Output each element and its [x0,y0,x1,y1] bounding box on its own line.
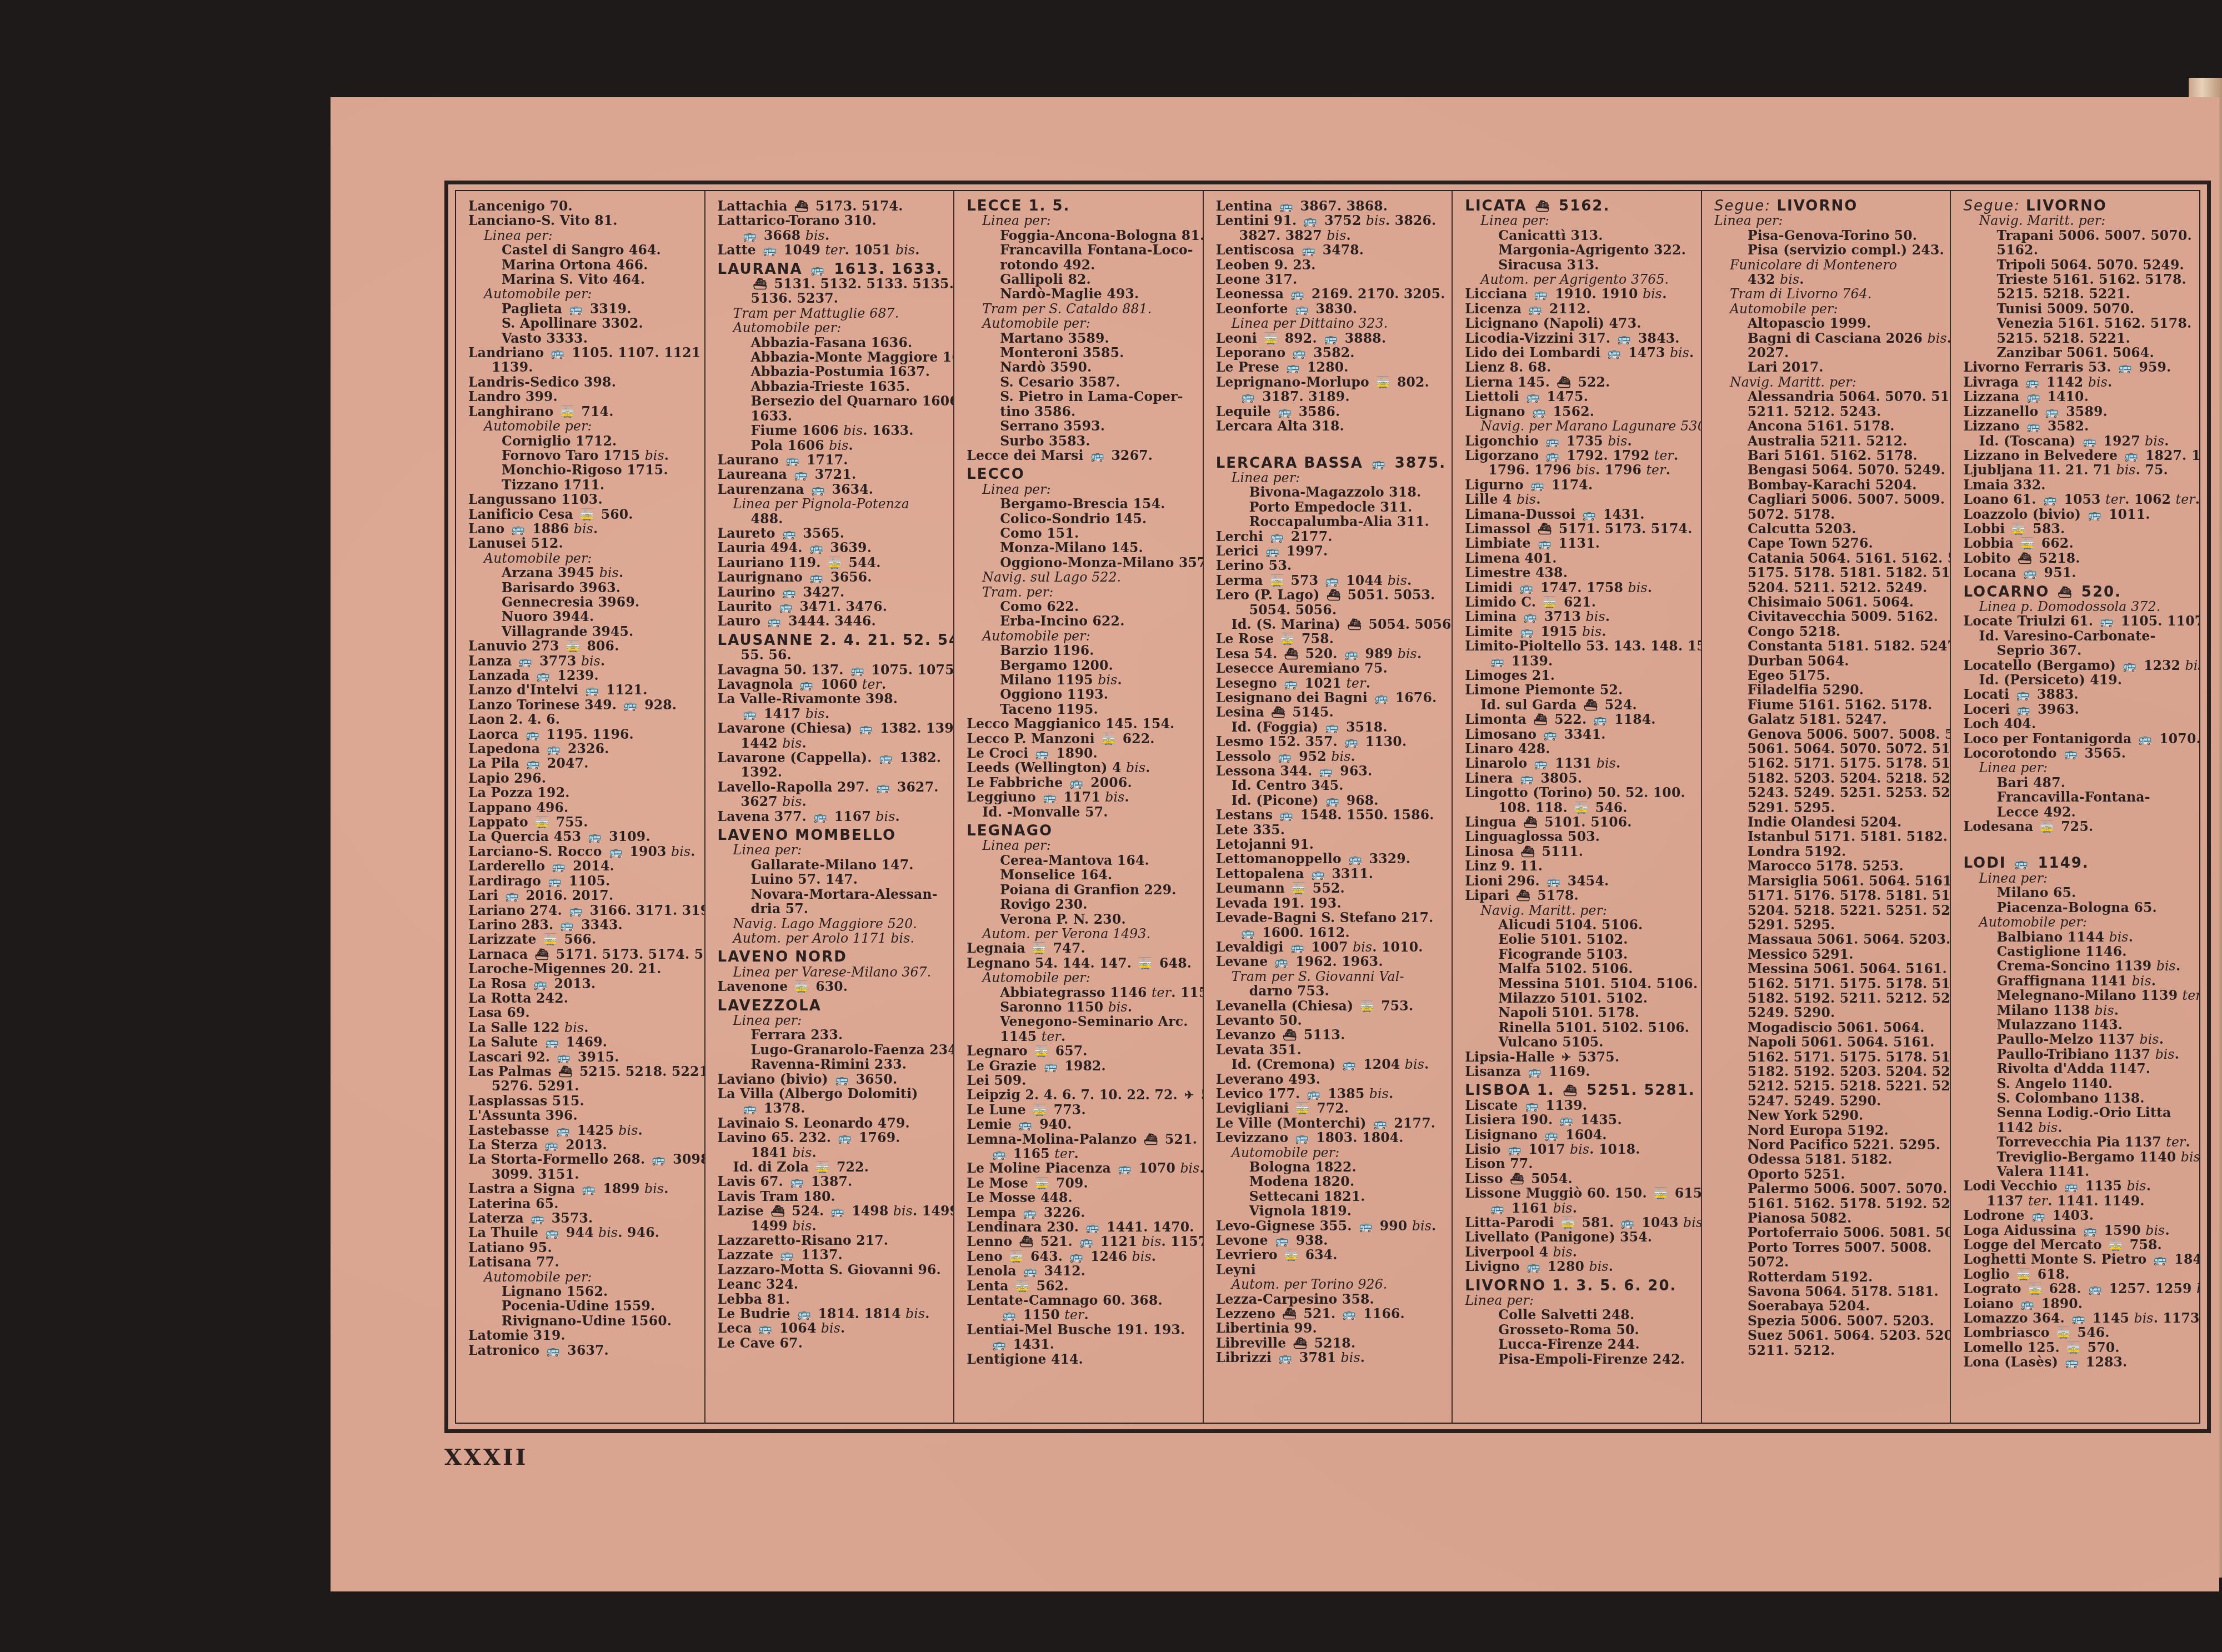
index-entry: Ficogrande 5103. [1465,947,1696,962]
boat-icon: ⛴ [1282,1306,1297,1321]
bus-icon: 🚌 [1291,287,1305,301]
bus-icon: 🚌 [1304,213,1318,228]
index-entry: Lercara Alta 318. [1216,419,1448,433]
index-entry: Leno 🚋 643. 🚌 1246 bis. [967,1249,1198,1264]
index-entry: Lazise ⛴ 524. 🚌 1498 bis. 1499. [718,1204,949,1218]
bus-icon: 🚌 [1538,536,1552,550]
index-entry: Lizzano in Belvedere 🚌 1827. 1839 [1963,448,2195,463]
index-entry: Lazzaretto-Risano 217. [718,1233,949,1248]
index-entry: Lempa 🚌 3226. [967,1205,1198,1220]
tram-icon: 🚋 [1032,941,1046,955]
tram-icon: 🚋 [543,932,557,947]
index-entry: Leone 317. [1216,272,1448,287]
index-entry: Piacenza-Bologna 65. [1963,900,2195,915]
index-entry: Treviglio-Bergamo 1140 bis [1963,1150,2195,1164]
index-entry: Balbiano 1144 bis. [1963,930,2195,944]
index-entry: Lobbi 🚋 583. [1963,522,2195,536]
tram-icon: 🚋 [1296,1101,1310,1115]
bus-icon: 🚌 [782,526,796,540]
bus-icon: 🚌 [537,668,551,683]
index-entry: Las Palmas ⛴ 5215. 5218. 5221. [468,1064,700,1079]
bus-icon: 🚌 [1544,727,1558,742]
index-entry: Milano 1195 bis. [967,673,1198,687]
index-entry: Linea per: [1963,871,2195,885]
index-entry: Locati 🚌 3883. [1963,687,2195,702]
bus-icon: 🚌 [545,1138,559,1152]
index-entry: Durban 5064. [1714,654,1946,668]
index-entry: Lauro 🚌 3444. 3446. [718,614,949,628]
index-entry: Abbazia-Postumia 1637. [718,364,949,379]
index-entry: Laurino 🚌 3427. [718,585,949,599]
index-entry: Laurignano 🚌 3656. [718,570,949,584]
index-entry: 5276. 5291. [468,1079,700,1093]
bus-icon: 🚌 [763,243,777,257]
index-entry: Pocenia-Udine 1559. [468,1299,700,1313]
bus-icon: 🚌 [1325,793,1339,808]
index-entry: Licodia-Vizzini 317. 🚌 3843. [1465,331,1696,346]
index-entry: Limena 401. [1465,551,1696,565]
bus-icon: 🚌 [1278,749,1292,764]
bus-icon: 🚌 [548,874,562,888]
index-entry: La Salle 122 bis. [468,1020,700,1035]
index-entry: Lecce 492. [1963,805,2195,819]
index-entry: Cape Town 5276. [1714,536,1946,550]
index-entry: Lipsia-Halle ✈ 5375. [1465,1050,1696,1064]
index-entry: Le Croci 🚌 1890. [967,746,1198,760]
boat-icon: ⛴ [753,277,768,291]
index-entry: Eolie 5101. 5102. [1465,932,1696,947]
index-entry: Saronno 1150 bis. [967,1000,1198,1014]
bus-icon: 🚌 [546,1225,559,1240]
index-entry: Nuoro 3944. [468,609,700,624]
bus-icon: 🚌 [1325,573,1339,588]
tram-icon: 🚋 [2056,1325,2070,1340]
index-entry: S. Apollinare 3302. [468,316,700,331]
index-entry: 5171. 5176. 5178. 5181. 5182. [1714,888,1946,903]
bus-icon: 🚌 [531,1211,544,1225]
bus-icon: 🚌 [779,599,793,614]
index-entry: Australia 5211. 5212. [1714,434,1946,448]
tram-icon: 🚋 [1281,632,1295,646]
index-entry: Tram per Mattuglie 687. [718,306,949,321]
index-entry: Larderello 🚌 2014. [468,859,700,873]
index-entry: Lograto 🚋 628. 🚌 1257. 1259 bis. [1963,1281,2195,1296]
index-entry: Alicudi 5104. 5106. [1465,918,1696,932]
bus-icon: 🚌 [1265,544,1279,558]
index-entry: 5182. 5203. 5204. 5218. 5221. [1714,771,1946,785]
index-entry: Loghetti Monte S. Pietro 🚌 1843. [1963,1252,2195,1266]
index-entry: Locate Triulzi 61. 🚌 1105. 1107. [1963,614,2195,628]
tram-icon: 🚋 [2012,522,2026,536]
index-entry: Paullo-Melzo 1137 bis. [1963,1032,2195,1047]
index-entry: Levo-Gignese 355. 🚌 990 bis. [1216,1219,1448,1233]
index-entry: Lomazzo 364. 🚌 1145 bis. 1173 ter. [1963,1311,2195,1325]
index-entry: 🚌 1161 bis. [1465,1201,1696,1215]
index-entry: Venezia 5161. 5162. 5178. [1963,316,2195,331]
index-entry: Como 151. [967,526,1198,540]
bus-icon: 🚌 [759,1321,773,1335]
index-entry: Lignano 1562. [468,1284,700,1299]
index-entry: Linz 9. 11. [1465,859,1696,873]
index-entry: Ligurno 🚌 1174. [1465,478,1696,492]
bus-icon: 🚌 [2026,389,2040,404]
index-entry: Indie Olandesi 5204. [1714,815,1946,829]
index-entry: Automobile per: [468,287,700,301]
bus-icon: 🚌 [1086,1220,1100,1234]
index-entry: Savona 5064. 5178. 5181. [1714,1284,1946,1299]
index-entry: Lodrone 🚌 1403. [1963,1208,2195,1223]
index-entry: Le Rose 🚋 758. [1216,632,1448,646]
bus-icon: 🚌 [2064,746,2078,760]
index-entry: Palermo 5006. 5007. 5070. [1714,1182,1946,1196]
index-entry: Senna Lodig.-Orio Litta [1963,1105,2195,1120]
bus-icon: 🚌 [838,1130,852,1145]
bus-icon: 🚌 [1275,954,1289,969]
bus-icon: 🚌 [831,1204,845,1218]
tram-icon: 🚋 [535,815,549,829]
index-column-7: Segue: LIVORNONavig. Maritt. per:Trapani… [1950,191,2199,1423]
tram-icon: 🚋 [1284,1248,1298,1262]
index-entry: Laterza 🚌 3573. [468,1211,700,1225]
bus-icon: 🚌 [859,721,873,735]
index-entry: Linea per: [1963,760,2195,775]
index-entry: Marocco 5178. 5253. [1714,859,1946,873]
index-entry: Le Prese 🚌 1280. [1216,360,1448,374]
index-entry: Cerea-Mantova 164. [967,853,1198,868]
bus-icon: 🚌 [1002,1308,1016,1322]
index-entry: Lenola 🚌 3412. [967,1264,1198,1278]
index-entry: Crema-Soncino 1139 bis. [1963,959,2195,973]
index-entry: Limassol ⛴ 5171. 5173. 5174. [1465,522,1696,536]
index-entry: Soerabaya 5204. [1714,1299,1946,1313]
index-entry: Le Budrie 🚌 1814. 1814 bis. [718,1306,949,1321]
bus-icon: 🚌 [2154,1252,2168,1266]
index-entry: Id. (S. Marina) ⛴ 5054. 5056. [1216,617,1448,632]
bus-icon: 🚌 [1490,654,1504,668]
index-entry: Linea per: [1216,470,1448,485]
index-entry: Bergamo-Brescia 154. [967,497,1198,511]
bus-icon: 🚌 [1582,507,1596,522]
index-entry: Vulcano 5105. [1465,1035,1696,1049]
index-entry: Id. (Picone) 🚌 968. [1216,793,1448,808]
boat-icon: ⛴ [1523,815,1538,829]
bus-icon: 🚌 [811,262,826,277]
index-entry: Lienz 8. 68. [1465,360,1696,374]
index-entry: Le Mosse 448. [967,1190,1198,1205]
index-entry: Letojanni 91. [1216,837,1448,852]
index-entry: Automobile per: [468,419,700,433]
index-entry: Autom. per Torino 926. [1216,1277,1448,1291]
index-entry: Laureto 🚌 3565. [718,526,949,540]
index-entry: Bivona-Magazzolo 318. [1216,485,1448,499]
bus-icon: 🚌 [1527,1259,1540,1274]
index-entry: Linea per: [967,838,1198,853]
index-entry: Oggiono 1193. [967,687,1198,702]
index-entry: Villagrande 3945. [468,624,700,639]
index-entry: Levada 191. 193. [1216,896,1448,910]
index-entry: Lecco P. Manzoni 🚋 622. [967,732,1198,746]
index-entry: Lavis 67. 🚌 1387. [718,1174,949,1189]
index-entry: Landris-Sedico 398. [468,375,700,389]
index-entry: Lierna 145. ⛴ 522. [1465,375,1696,389]
index-entry: Librizzi 🚌 3781 bis. [1216,1350,1448,1365]
index-entry: Le Moline Piacenza 🚌 1070 bis. [967,1161,1198,1175]
segue-title: LIVORNO [2026,198,2107,214]
index-entry: La Salute 🚌 1469. [468,1035,700,1049]
index-entry: 🚌 1150 ter. [967,1308,1198,1322]
bus-icon: 🚌 [1618,331,1632,346]
station-heading: LIVORNO 1. 3. 5. 6. 20. [1465,1279,1696,1293]
index-entry: 5162. 5171. 5175. 5178. 5181. [1714,1050,1946,1064]
index-entry: Lanificio Cesa 🚋 560. [468,507,700,522]
bus-icon: 🚌 [1079,1234,1093,1249]
bus-icon: 🚌 [1279,1350,1293,1365]
index-entry: Tripoli 5064. 5070. 5249. [1963,258,2195,272]
index-entry: Lasplassas 515. [468,1094,700,1108]
index-entry: Lavena 377. 🚌 1167 bis. [718,809,949,824]
index-entry: Odessa 5181. 5182. [1714,1152,1946,1167]
index-entry: Loazzolo (bivio) 🚌 1011. [1963,507,2195,522]
index-entry: Marina Ortona 466. [468,258,700,272]
index-entry: Colle Salvetti 248. [1465,1308,1696,1322]
segue-heading: Segue: LIVORNO [1714,199,1946,213]
index-entry: La Pozza 192. [468,785,700,800]
bus-icon: 🚌 [560,918,574,932]
index-entry: Lavarone (Chiesa) 🚌 1382. 1392. [718,721,949,735]
bus-icon: 🚌 [790,1174,804,1189]
index-entry: 1841 bis. [718,1145,949,1160]
index-entry: Automobile per: [967,970,1198,985]
index-entry: Navig. per Marano Lagunare 530 [1465,419,1696,433]
index-entry: Lesignano dei Bagni 🚌 1676. [1216,690,1448,705]
bus-icon: 🚌 [2100,614,2114,628]
index-entry: 5162. 5171. 5175. 5178. 5181. [1714,756,1946,770]
index-entry: Lari 2017. [1714,360,1946,374]
index-entry: Navig. Maritt. per: [1465,903,1696,918]
index-entry: Lobito ⛴ 5218. [1963,551,2195,565]
index-entry: Taceno 1195. [967,702,1198,717]
index-entry: 🚌 3668 bis. [718,228,949,243]
index-entry: dria 57. [718,902,949,916]
index-entry: La Rosa 🚌 2013. [468,977,700,991]
boat-icon: ⛴ [558,1064,573,1079]
index-entry: Limbiate 🚌 1131. [1465,536,1696,550]
index-entry: Lison 77. [1465,1157,1696,1171]
index-entry: Levaldigi 🚌 1007 bis. 1010. [1216,940,1448,954]
bus-icon: 🚌 [1311,867,1325,881]
bus-icon: 🚌 [1547,874,1560,888]
index-entry: Lezzeno ⛴ 521. 🚌 1166. [1216,1306,1448,1321]
bus-icon: 🚌 [2088,507,2101,522]
index-entry: Cagliari 5006. 5007. 5009. [1714,492,1946,507]
bus-icon: 🚌 [809,540,823,555]
index-entry: Milano 1138 bis. [1963,1003,2195,1018]
index-entry: Pisa-Empoli-Firenze 242. [1465,1352,1696,1366]
index-entry: Laviano (bivio) 🚌 3650. [718,1072,949,1087]
index-entry: Limestre 438. [1465,565,1696,580]
bus-icon: 🚌 [1090,448,1104,463]
index-entry: Linea p. Domodossola 372. [1963,599,2195,614]
index-entry: Levanella (Chiesa) 🚋 753. [1216,999,1448,1013]
index-entry: Linaro 428. [1465,742,1696,756]
index-entry: 🚌 1139. [1465,654,1696,668]
index-entry: Lapedona 🚌 2326. [468,742,700,756]
bus-icon: 🚌 [810,570,824,584]
index-entry: 5182. 5192. 5203. 5204. 5211. [1714,1064,1946,1079]
tram-icon: 🚋 [2040,819,2054,834]
index-entry: Melegnano-Milano 1139 ter [1963,988,2195,1003]
index-entry: Gallipoli 82. [967,272,1198,287]
index-entry: Locatello (Bergamo) 🚌 1232 bis [1963,658,2195,673]
index-entry: 5291. 5295. [1714,918,1946,932]
index-entry: Autom. per Verona 1493. [967,927,1198,941]
boat-icon: ⛴ [1533,712,1548,727]
tram-icon: 🚋 [2109,1238,2123,1252]
index-entry: Francavilla Fontana-Loco- [967,243,1198,257]
index-entry: 488. [718,512,949,526]
index-entry: Linea per: [1465,213,1696,228]
bus-icon: 🚌 [1621,1215,1635,1230]
index-entry: Licenza 🚌 2112. [1465,302,1696,316]
bus-icon: 🚌 [2026,375,2040,389]
index-entry: Leca 🚌 1064 bis. [718,1321,949,1335]
index-entry: Tram di Livorno 764. [1714,287,1946,301]
index-entry: Automobile per: [1216,1145,1448,1160]
index-entry: Linea per: [1714,213,1946,228]
index-entry: Lattachia ⛴ 5173. 5174. [718,199,949,213]
index-entry: Id. -Monvalle 57. [967,805,1198,819]
index-entry: Landriano 🚌 1105. 1107. 1121 ter. [468,346,700,360]
tram-icon: 🚋 [1292,881,1305,895]
index-entry: La Valle-Rivamonte 398. [718,692,949,706]
bus-icon: 🚌 [1525,1098,1539,1113]
station-heading: LECCE 1. 5. [967,199,1198,213]
index-entry: Foggia-Ancona-Bologna 81. [967,228,1198,243]
index-entry: S. Colombano 1138. [1963,1091,2195,1105]
index-entry: Suez 5061. 5064. 5203. 5204. [1714,1328,1946,1343]
index-entry: Lisanza 🚌 1169. [1465,1064,1696,1079]
index-entry: Lebba 81. [718,1292,949,1306]
index-entry: Lerino 53. [1216,558,1448,573]
index-entry: Laureana 🚌 3721. [718,467,949,482]
bus-icon: 🚌 [1372,456,1387,470]
bus-icon: 🚌 [2020,1296,2034,1311]
index-entry: Trieste 5161. 5162. 5178. [1963,272,2195,287]
bus-icon: 🚌 [1344,647,1358,661]
bus-icon: 🚌 [526,756,540,770]
tram-icon: 🚋 [1574,800,1588,815]
index-entry: Automobile per: [468,1270,700,1284]
index-entry: Leonessa 🚌 2169. 2170. 3205. [1216,287,1448,301]
bus-icon: 🚌 [652,1152,666,1167]
index-entry: Id. Varesino-Carbonate- [1963,629,2195,643]
bus-icon: 🚌 [2015,856,2030,870]
index-entry: Linera 🚌 3805. [1465,771,1696,785]
tram-icon: 🚋 [815,1160,829,1174]
airplane-icon: ✈ [1184,1088,1194,1102]
bus-icon: 🚌 [2083,1223,2097,1238]
bus-icon: 🚌 [547,742,561,756]
index-entry: Loglio 🚋 618. [1963,1267,2195,1281]
index-entry: Leoni 🚋 892. 🚌 3888. [1216,331,1448,346]
index-entry: Limina 🚌 3713 bis. [1465,609,1696,624]
tram-icon: 🚋 [1264,331,1278,346]
station-heading: LODI 🚌 1149. [1963,856,2195,870]
index-entry: Navig. sul Lago 522. [967,570,1198,584]
index-entry: Lardirago 🚌 1105. [468,874,700,888]
index-entry: Messina 5101. 5104. 5106. 5178 [1465,977,1696,991]
index-entry: Laterina 65. [468,1197,700,1211]
index-entry: Gennecresia 3969. [468,595,700,609]
index-entry: Pola 1606 bis. [718,438,949,453]
index-entry: 5212. 5215. 5218. 5221. 5243. [1714,1079,1946,1093]
bus-icon: 🚌 [1290,940,1304,954]
index-entry: Id. (Cremona) 🚌 1204 bis. [1216,1057,1448,1072]
index-entry: Lona (Lasès) 🚌 1283. [1963,1355,2195,1369]
index-entry: Lisso ⛴ 5054. [1465,1172,1696,1186]
index-entry: 5211. 5212. [1714,1343,1946,1358]
index-entry: 1142 bis. [1963,1120,2195,1135]
index-entry: Lentiai-Mel Busche 191. 193. [967,1323,1198,1337]
bus-icon: 🚌 [780,1248,794,1262]
index-entry: Chisimaio 5061. 5064. [1714,595,1946,609]
index-entry: Lmaia 332. [1963,478,2195,492]
index-entry: Limidi 🚌 1747. 1758 bis. [1465,580,1696,595]
bus-icon: 🚌 [1508,1142,1522,1157]
bus-icon: 🚌 [519,654,533,668]
index-entry: La Sterza 🚌 2013. [468,1138,700,1152]
bus-icon: 🚌 [1019,1117,1033,1132]
index-entry: Levata 351. [1216,1043,1448,1057]
bus-icon: 🚌 [797,1306,811,1321]
index-entry: Funicolare di Montenero [1714,258,1946,272]
index-entry: Ligonchio 🚌 1735 bis. [1465,434,1696,448]
index-entry: Navig. Maritt. per: [1963,213,2195,228]
bus-icon: 🚌 [588,829,602,844]
bus-icon: 🚌 [556,1123,570,1138]
index-entry: Id. di Zola 🚋 722. [718,1160,949,1174]
index-entry: Livellato (Panigone) 354. [1465,1230,1696,1244]
boat-icon: ⛴ [770,1204,785,1218]
index-entry: Luino 57. 147. [718,872,949,887]
index-entry: La Storta-Formello 268. 🚌 3098. [468,1152,700,1167]
index-entry: 5211. 5212. 5243. [1714,404,1946,419]
index-entry: Rinella 5101. 5102. 5106. [1465,1020,1696,1035]
index-entry: Levico 177. 🚌 1385 bis. [1216,1087,1448,1101]
index-entry: Lissone Muggiò 60. 150. 🚋 615. [1465,1186,1696,1200]
index-entry: Lano 🚌 1886 bis. [468,522,700,536]
index-entry: La Villa (Albergo Dolomiti) [718,1087,949,1101]
index-entry: Congo 5218. [1714,624,1946,639]
bus-icon: 🚌 [2043,492,2057,507]
index-entry: Levone 🚌 938. [1216,1233,1448,1248]
bus-icon: 🚌 [1278,404,1292,419]
boat-icon: ⛴ [1348,617,1362,632]
page-number: XXXII [444,1444,528,1470]
index-entry: Filadelfia 5290. [1714,683,1946,697]
index-entry: Bengasi 5064. 5070. 5249. [1714,463,1946,477]
index-entry: 5243. 5249. 5251. 5253. 5276. [1714,785,1946,800]
index-entry: Serrano 3593. [967,419,1198,433]
index-entry: Leanc 324. [718,1277,949,1291]
bus-icon: 🚌 [1520,624,1534,639]
bus-icon: 🚌 [768,614,782,628]
index-entry: Autom. per Arolo 1171 bis. [718,931,949,945]
index-entry: 🚌 1165 ter. [967,1147,1198,1161]
bus-icon: 🚌 [547,1343,560,1358]
bus-icon: 🚌 [743,1101,757,1115]
tram-icon: 🚋 [1035,1176,1049,1190]
